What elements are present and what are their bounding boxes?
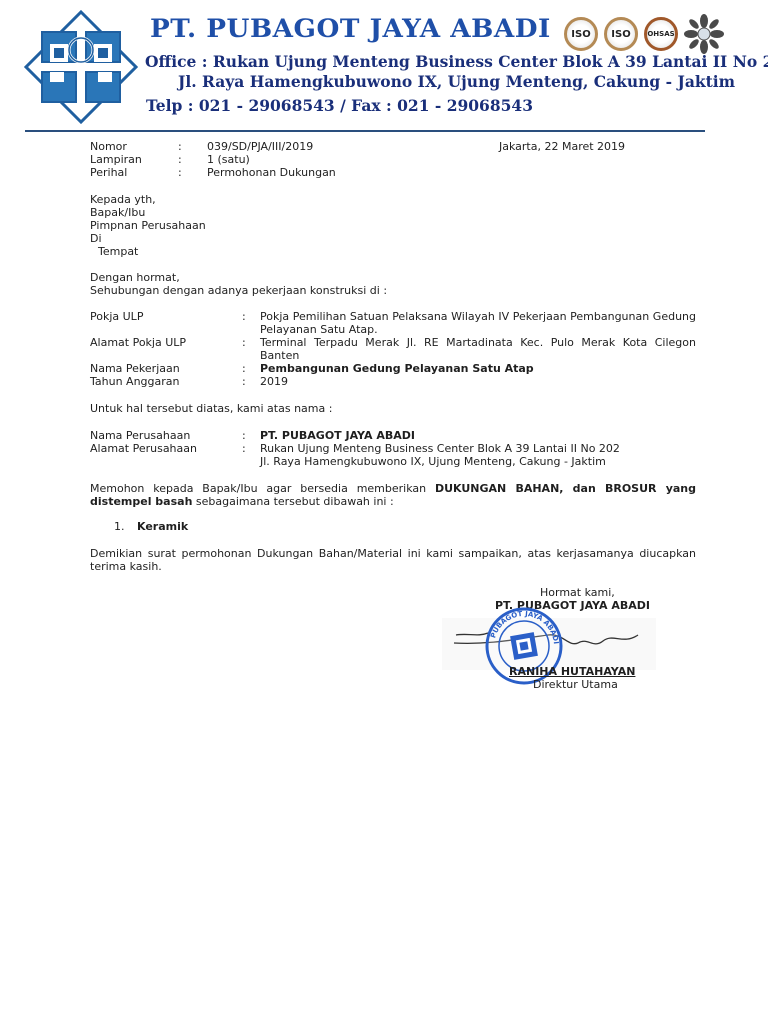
alamat-pokja-value: Terminal Terpadu Merak Jl. RE Martadinat… — [260, 336, 696, 362]
nama-pekerjaan-separator: : — [242, 362, 246, 375]
company-logo-icon — [24, 10, 138, 124]
certification-badges: ISO ISO OHSAS — [564, 14, 724, 54]
perihal-separator: : — [178, 166, 182, 179]
pokja-separator: : — [242, 310, 246, 323]
tahun-anggaran-separator: : — [242, 375, 246, 388]
perihal-value: Permohonan Dukungan — [207, 166, 336, 179]
office-address-line2: Jl. Raya Hamengkubuwono IX, Ujung Menten… — [178, 72, 735, 91]
tahun-anggaran-label: Tahun Anggaran — [90, 375, 180, 388]
lampiran-value: 1 (satu) — [207, 153, 250, 166]
signatory-title: Direktur Utama — [533, 678, 618, 691]
alamat-perusahaan-line2: Jl. Raya Hamengkubuwono IX, Ujung Menten… — [260, 455, 606, 468]
recipient-line: Bapak/Ibu — [90, 206, 145, 219]
perihal-label: Perihal — [90, 166, 127, 179]
ohsas-badge-icon: OHSAS — [644, 17, 678, 51]
nomor-value: 039/SD/PJA/III/2019 — [207, 140, 313, 153]
telephone-fax-line: Telp : 021 - 29068543 / Fax : 021 - 2906… — [146, 96, 533, 115]
lampiran-label: Lampiran — [90, 153, 142, 166]
tahun-anggaran-value: 2019 — [260, 375, 288, 388]
company-intro: Untuk hal tersebut diatas, kami atas nam… — [90, 402, 332, 415]
nama-perusahaan-separator: : — [242, 429, 246, 442]
iso-badge-icon: ISO — [604, 17, 638, 51]
salutation: Hormat kami, — [540, 586, 615, 599]
item-label: Keramik — [137, 520, 188, 533]
alamat-pokja-separator: : — [242, 336, 246, 349]
nama-pekerjaan-label: Nama Pekerjaan — [90, 362, 180, 375]
request-text-end: sebagaimana tersebut dibawah ini : — [192, 495, 393, 508]
greeting: Dengan hormat, — [90, 271, 180, 284]
recipient-line: Di — [90, 232, 102, 245]
alamat-perusahaan-line1: Rukan Ujung Menteng Business Center Blok… — [260, 442, 620, 455]
iso-badge-icon: ISO — [564, 17, 598, 51]
company-name-heading: PT. PUBAGOT JAYA ABADI — [150, 14, 551, 43]
lampiran-separator: : — [178, 153, 182, 166]
nama-pekerjaan-value: Pembangunan Gedung Pelayanan Satu Atap — [260, 362, 534, 375]
nama-perusahaan-label: Nama Perusahaan — [90, 429, 190, 442]
request-text: Memohon kepada Bapak/Ibu agar bersedia m… — [90, 482, 435, 495]
pokja-label: Pokja ULP — [90, 310, 143, 323]
signatory-name: RANIHA HUTAHAYAN — [509, 665, 635, 678]
intro-text: Sehubungan dengan adanya pekerjaan konst… — [90, 284, 387, 297]
office-address-line1: Office : Rukan Ujung Menteng Business Ce… — [145, 52, 768, 71]
alamat-pokja-label: Alamat Pokja ULP — [90, 336, 186, 349]
closing-paragraph: Demikian surat permohonan Dukungan Bahan… — [90, 547, 696, 573]
letterhead-divider — [25, 130, 705, 132]
item-number: 1. — [114, 520, 125, 533]
recipient-line: Pimpnan Perusahaan — [90, 219, 206, 232]
recipient-line: Kepada yth, — [90, 193, 156, 206]
recipient-line: Tempat — [98, 245, 138, 258]
nama-perusahaan-value: PT. PUBAGOT JAYA ABADI — [260, 429, 415, 442]
pokja-value: Pokja Pemilihan Satuan Pelaksana Wilayah… — [260, 310, 696, 336]
alamat-perusahaan-label: Alamat Perusahaan — [90, 442, 197, 455]
place-date: Jakarta, 22 Maret 2019 — [499, 140, 625, 153]
flower-emblem-icon — [684, 14, 724, 54]
nomor-separator: : — [178, 140, 182, 153]
request-paragraph: Memohon kepada Bapak/Ibu agar bersedia m… — [90, 482, 696, 508]
alamat-perusahaan-separator: : — [242, 442, 246, 455]
nomor-label: Nomor — [90, 140, 127, 153]
